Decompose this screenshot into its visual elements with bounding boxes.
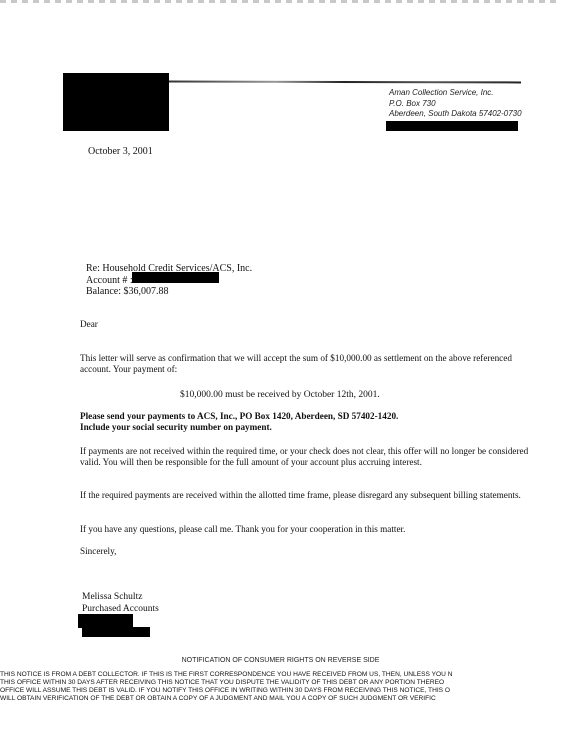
salutation: Dear [80,319,540,330]
notice-line: THIS OFFICE WITHIN 30 DAYS AFTER RECEIVI… [0,679,561,687]
sender-city: Aberdeen, South Dakota 57402-0730 [389,109,522,120]
notice-title: NOTIFICATION OF CONSUMER RIGHTS ON REVER… [0,657,561,664]
notice-line: OFFICE WILL ASSUME THIS DEBT IS VALID. I… [0,687,561,695]
debt-collector-notice: THIS NOTICE IS FROM A DEBT COLLECTOR. IF… [0,671,561,701]
paragraph-questions: If you have any questions, please call m… [80,524,540,535]
paragraph-settlement: This letter will serve as confirmation t… [80,353,540,376]
balance-line: Balance: $36,007.88 [86,286,252,298]
paragraph-validity: If payments are not received within the … [80,446,540,469]
redacted-signer-phone [82,627,150,637]
notice-line: THIS NOTICE IS FROM A DEBT COLLECTOR. IF… [0,671,561,679]
fax-transmission-header [0,0,561,3]
payment-instructions: Please send your payments to ACS, Inc., … [80,411,540,434]
payment-deadline: $10,000.00 must be received by October 1… [180,390,380,400]
redacted-logo [63,73,169,131]
letterhead-rule [169,81,521,84]
instructions-address: Please send your payments to ACS, Inc., … [80,411,540,422]
redacted-account-number [132,272,219,283]
letter-date: October 3, 2001 [88,146,153,157]
signature-block: Melissa Schultz Purchased Accounts [82,592,159,615]
redacted-sender-phone [386,121,518,131]
redacted-signer-info [78,614,133,628]
sender-po-box: P.O. Box 730 [389,99,522,110]
paragraph-statements: If the required payments are received wi… [80,490,540,501]
instructions-ssn: Include your social security number on p… [80,422,540,433]
notice-line: WILL OBTAIN VERIFICATION OF THE DEBT OR … [0,695,561,701]
closing: Sincerely, [80,546,540,557]
signer-name: Melissa Schultz [82,592,159,604]
sender-address: Aman Collection Service, Inc. P.O. Box 7… [389,88,522,120]
sender-company: Aman Collection Service, Inc. [389,88,522,99]
account-label: Account # : [86,275,133,286]
